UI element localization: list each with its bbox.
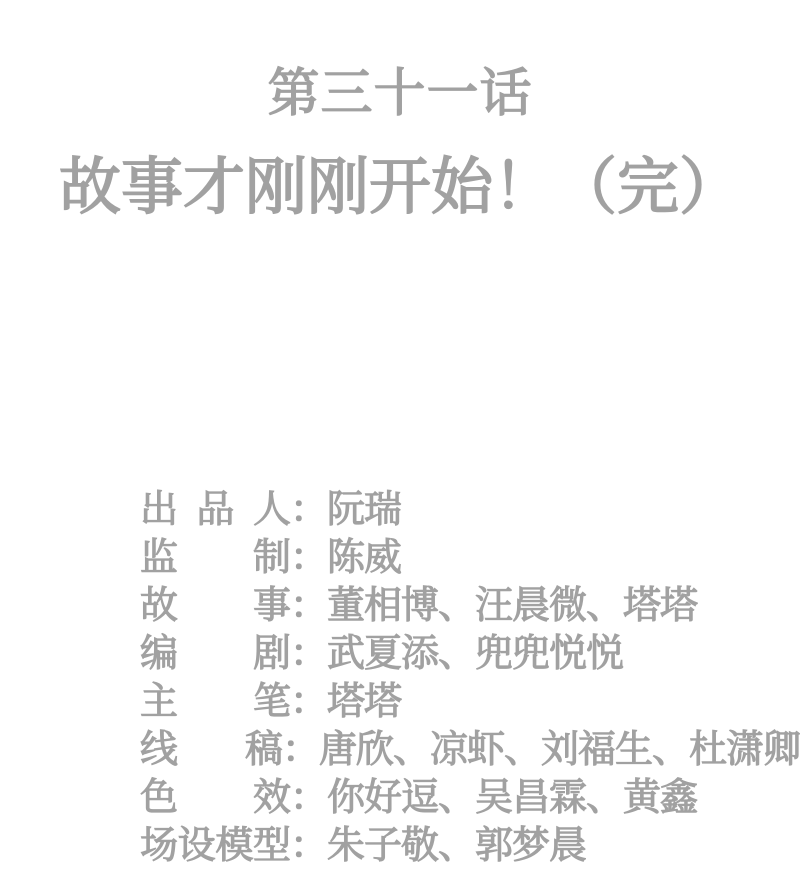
credit-row: 色效：你好逗、吴昌霖、黄鑫	[140, 774, 800, 822]
credit-row: 线稿：唐欣、凉虾、刘福生、杜潇卿	[140, 726, 800, 774]
credits-list: 出品人：阮瑞 监制：陈威 故事：董相博、汪晨微、塔塔 编剧：武夏添、兜兜悦悦 主…	[140, 486, 800, 870]
credit-role-label: 主笔	[140, 678, 290, 726]
credit-row: 场设模型：朱子敬、郭梦晨	[140, 822, 800, 870]
credit-role-label: 故事	[140, 582, 290, 630]
credit-colon: ：	[290, 774, 327, 822]
comic-credits-page: 第三十一话 故事才刚刚开始！（完） 出品人：阮瑞 监制：陈威 故事：董相博、汪晨…	[0, 0, 800, 875]
credit-names: 董相博、汪晨微、塔塔	[327, 582, 697, 630]
credit-names: 陈威	[327, 534, 401, 582]
credit-names: 武夏添、兜兜悦悦	[327, 630, 623, 678]
credit-names: 唐欣、凉虾、刘福生、杜潇卿	[319, 726, 800, 774]
credit-role-label: 编剧	[140, 630, 290, 678]
episode-title: 故事才刚刚开始！（完）	[0, 148, 800, 229]
credit-role-label: 色效	[140, 774, 290, 822]
credit-names: 阮瑞	[327, 486, 401, 534]
credit-role-label: 线稿	[140, 726, 282, 774]
credit-colon: ：	[290, 822, 327, 870]
credit-names: 塔塔	[327, 678, 401, 726]
credit-colon: ：	[282, 726, 319, 774]
credit-role-label: 监制	[140, 534, 290, 582]
credit-row: 主笔：塔塔	[140, 678, 800, 726]
credit-colon: ：	[290, 630, 327, 678]
credit-colon: ：	[290, 678, 327, 726]
credit-row: 故事：董相博、汪晨微、塔塔	[140, 582, 800, 630]
credit-row: 监制：陈威	[140, 534, 800, 582]
credit-row: 编剧：武夏添、兜兜悦悦	[140, 630, 800, 678]
credit-names: 你好逗、吴昌霖、黄鑫	[327, 774, 697, 822]
credit-colon: ：	[290, 486, 327, 534]
chapter-number: 第三十一话	[0, 64, 800, 126]
credit-colon: ：	[290, 582, 327, 630]
credit-row: 出品人：阮瑞	[140, 486, 800, 534]
credit-colon: ：	[290, 534, 327, 582]
credit-names: 朱子敬、郭梦晨	[327, 822, 586, 870]
credit-role-label: 出品人	[140, 486, 290, 534]
credit-role-label: 场设模型	[140, 822, 290, 870]
